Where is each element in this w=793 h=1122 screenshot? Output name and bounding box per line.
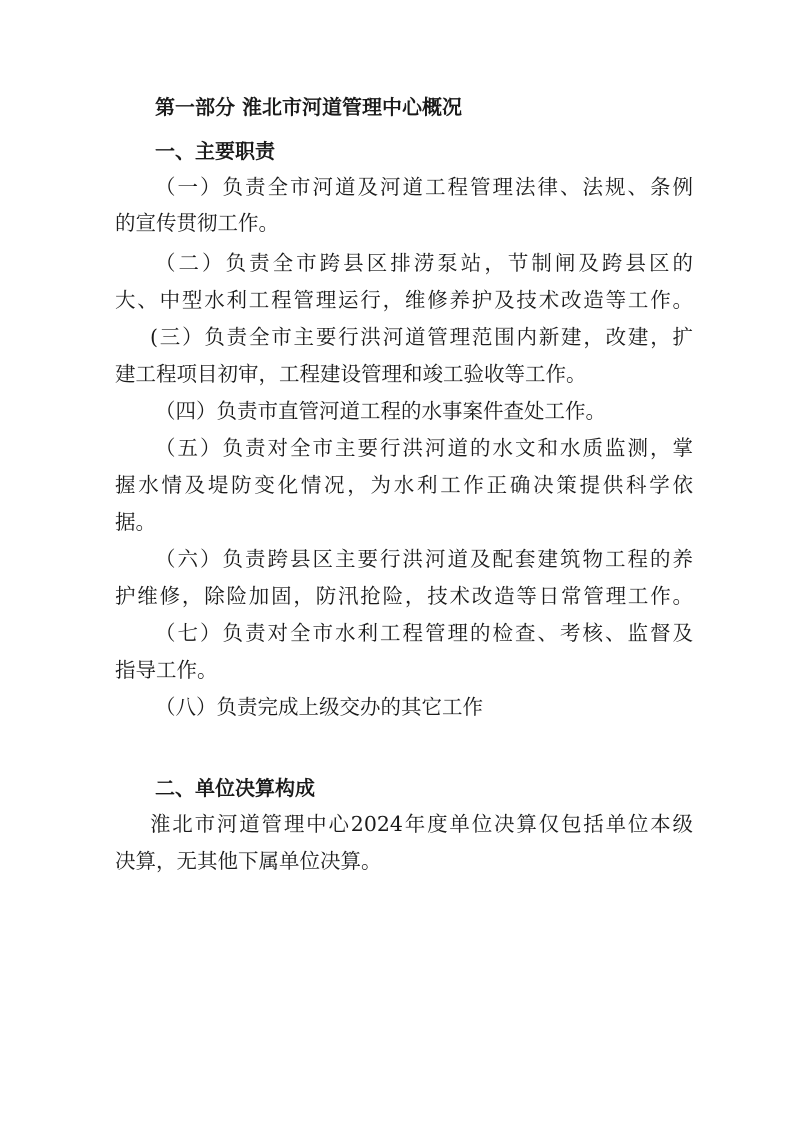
duty-item-1-line-2: 的宣传贯彻工作。 — [115, 211, 279, 235]
duty-item-7-line-2: 指导工作。 — [115, 658, 218, 682]
budget-composition-line-1: 淮北市河道管理中心2024年度单位决算仅包括单位本级 — [150, 812, 693, 836]
duty-item-6-line-2: 护维修，除险加固，防汛抢险，技术改造等日常管理工作。 — [115, 584, 693, 608]
section-heading-main-duties: 一、主要职责 — [155, 139, 275, 163]
duty-item-6-line-1: （六）负责跨县区主要行洪河道及配套建筑物工程的养 — [155, 547, 693, 571]
section-heading-budget-composition: 二、单位决算构成 — [155, 776, 315, 800]
document-page: 第一部分 淮北市河道管理中心概况 一、主要职责 （一）负责全市河道及河道工程管理… — [0, 0, 793, 1122]
duty-item-3-line-1: (三）负责全市主要行洪河道管理范围内新建，改建，扩 — [150, 325, 693, 349]
duty-item-5-line-3: 据。 — [115, 510, 156, 534]
duty-item-1-line-1: （一）负责全市河道及河道工程管理法律、法规、条例 — [155, 175, 693, 199]
budget-composition-line-2: 决算，无其他下属单位决算。 — [115, 849, 382, 873]
part-title: 第一部分 淮北市河道管理中心概况 — [155, 95, 462, 119]
duty-item-3-line-2: 建工程项目初审，工程建设管理和竣工验收等工作。 — [115, 362, 587, 386]
duty-item-5-line-2: 握水情及堤防变化情况，为水利工作正确决策提供科学依 — [115, 473, 693, 497]
duty-item-4-line-1: （四）负责市直管河道工程的水事案件查处工作。 — [155, 399, 606, 423]
duty-item-7-line-1: （七）负责对全市水利工程管理的检查、考核、监督及 — [155, 621, 693, 645]
duty-item-2-line-2: 大、中型水利工程管理运行，维修养护及技术改造等工作。 — [115, 288, 693, 312]
duty-item-2-line-1: （二）负责全市跨县区排涝泵站，节制闸及跨县区的 — [155, 251, 693, 275]
duty-item-5-line-1: （五）负责对全市主要行洪河道的水文和水质监测，掌 — [155, 436, 693, 460]
duty-item-8-line-1: （八）负责完成上级交办的其它工作 — [155, 695, 483, 719]
